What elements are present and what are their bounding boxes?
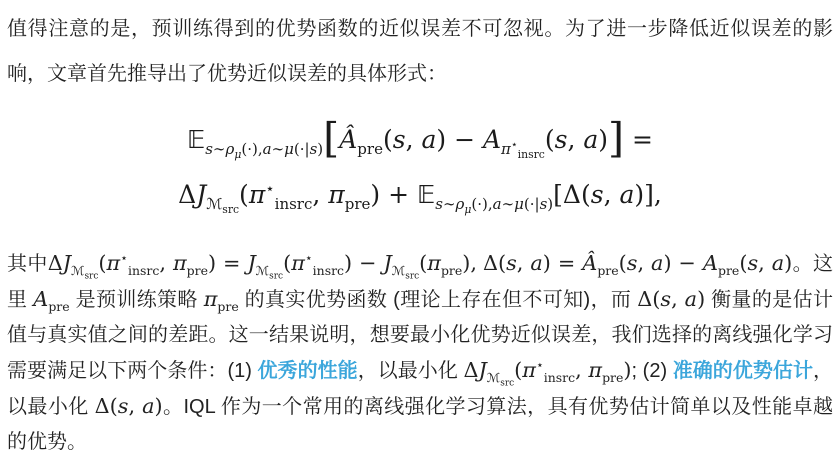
- math-token: ,: [671, 287, 685, 311]
- text-run: ; (2): [632, 360, 673, 382]
- math-token: ]: [608, 114, 624, 162]
- math-token: Â: [339, 125, 357, 154]
- math-token: ℳ: [487, 370, 500, 385]
- subscript: insrc: [313, 263, 344, 278]
- subscript: pre: [602, 370, 623, 385]
- math-token: s: [118, 394, 129, 418]
- math-token: ⋆: [305, 250, 313, 265]
- text-run: 是预训练策略: [70, 289, 204, 311]
- math-token: ) −: [663, 251, 703, 275]
- text-run: 值得注意的是，预训练得到的优势函数的近似误差不可忽视。为了进一步降低近似误差的影…: [7, 18, 833, 85]
- supscript: ⋆: [120, 250, 128, 265]
- math-token: s: [435, 195, 443, 213]
- math-token: insrc: [275, 195, 313, 213]
- math-token: J: [384, 251, 392, 275]
- subscript: pre: [345, 195, 371, 213]
- math-token: src: [269, 272, 283, 282]
- math-token: ,: [128, 394, 142, 418]
- subscript: s∼ρμ(·),a∼μ(·|s): [205, 140, 323, 158]
- subscript: π⋆insrc: [501, 140, 545, 158]
- math-token: A: [483, 125, 501, 154]
- math-token: ): [155, 394, 163, 418]
- subscript: ℳsrc: [392, 263, 419, 278]
- math-token: s: [555, 125, 568, 154]
- subscript: src: [222, 203, 239, 216]
- math-token: Δ(: [637, 287, 660, 311]
- math-token: π: [522, 358, 536, 382]
- math-token: ∼: [502, 195, 515, 213]
- supscript: ⋆: [536, 357, 544, 372]
- subscript: pre: [718, 263, 739, 278]
- supscript: ⋆: [305, 250, 313, 265]
- math-token: ,: [406, 125, 422, 154]
- math-token: Â: [582, 251, 597, 275]
- math-token: (: [239, 180, 249, 209]
- math-token: insrc: [128, 263, 159, 278]
- inline-math: Δ(s, a): [95, 394, 163, 418]
- math-token: π: [173, 251, 187, 275]
- math-token: a: [493, 195, 502, 213]
- equation-line-2: ΔJℳsrc(π⋆insrc, πpre) + 𝔼s∼ρμ(·),a∼μ(·|s…: [7, 167, 833, 222]
- math-token: insrc: [544, 370, 575, 385]
- math-token: ) −: [344, 251, 384, 275]
- math-token: src: [222, 203, 239, 216]
- text-run: 的真实优势函数 (理论上存在但不可知)，而: [239, 289, 638, 311]
- subscript: src: [84, 272, 98, 282]
- inline-math: Apre: [33, 287, 69, 311]
- math-token: (: [383, 125, 393, 154]
- math-token: J: [63, 251, 71, 275]
- math-token: [Δ(: [553, 180, 591, 209]
- math-token: A: [703, 251, 718, 275]
- subscript: pre: [441, 263, 462, 278]
- math-token: (·|: [294, 140, 310, 158]
- intro-paragraph: 值得注意的是，预训练得到的优势函数的近似误差不可忽视。为了进一步降低近似误差的影…: [7, 7, 833, 97]
- math-token: ): [623, 358, 631, 382]
- subscript: ℳsrc: [256, 263, 283, 278]
- math-token: π: [501, 140, 511, 158]
- math-token: (: [98, 251, 106, 275]
- math-token: J: [479, 358, 487, 382]
- math-token: π: [427, 251, 441, 275]
- math-token: src: [84, 272, 98, 282]
- math-token: (: [545, 125, 555, 154]
- math-token: A: [33, 287, 48, 311]
- subscript: insrc: [518, 148, 545, 161]
- math-token: π: [588, 358, 602, 382]
- math-token: Δ(: [95, 394, 118, 418]
- math-token: =: [624, 125, 653, 154]
- math-token: s: [747, 251, 758, 275]
- math-token: ⋆: [511, 138, 518, 151]
- math-token: )],: [634, 180, 661, 209]
- math-token: ) =: [543, 251, 583, 275]
- math-token: ⋆: [536, 357, 544, 372]
- math-token: π: [107, 251, 121, 275]
- subscript: insrc: [128, 263, 159, 278]
- math-token: ),: [462, 251, 477, 275]
- math-token: insrc: [518, 148, 545, 161]
- math-token: pre: [357, 140, 383, 158]
- subscript: pre: [597, 263, 618, 278]
- math-token: Δ: [464, 358, 479, 382]
- inline-math: Δ(s, a) = Âpre(s, a) − Apre(s, a): [483, 251, 792, 275]
- highlight-text: 优秀的性能: [257, 360, 357, 382]
- math-token: Δ: [178, 180, 196, 209]
- math-token: [: [323, 114, 339, 162]
- math-token: π: [291, 251, 305, 275]
- subscript: insrc: [275, 195, 313, 213]
- math-token: ∼: [272, 140, 285, 158]
- text-run: ，以最小化: [358, 360, 464, 382]
- subscript: src: [269, 272, 283, 282]
- math-token: ℳ: [392, 263, 405, 278]
- math-token: ,: [575, 358, 588, 382]
- math-token: ,: [637, 251, 651, 275]
- math-token: ,: [159, 251, 173, 275]
- math-token: Δ: [48, 251, 63, 275]
- math-token: ⋆: [265, 180, 274, 198]
- math-token: ,: [517, 251, 531, 275]
- explanation-paragraph: 其中ΔJℳsrc(π⋆insrc, πpre) = Jℳsrc(π⋆insrc)…: [7, 246, 833, 459]
- math-token: −: [446, 125, 483, 154]
- subscript: s∼ρμ(·),a∼μ(·|s): [435, 195, 553, 213]
- subscript: ℳsrc: [71, 263, 98, 278]
- subscript: ℳsrc: [487, 370, 514, 385]
- math-token: s: [591, 180, 604, 209]
- math-token: (: [619, 251, 627, 275]
- math-token: src: [405, 272, 419, 282]
- math-token: s: [660, 287, 671, 311]
- math-token: (: [283, 251, 291, 275]
- subscript: insrc: [544, 370, 575, 385]
- math-token: pre: [718, 263, 739, 278]
- math-token: ,: [567, 125, 583, 154]
- subscript: pre: [187, 263, 208, 278]
- math-token: ⋆: [120, 250, 128, 265]
- math-token: pre: [345, 195, 371, 213]
- math-token: 𝔼: [187, 125, 205, 154]
- math-token: π: [204, 287, 218, 311]
- math-token: ): [436, 125, 446, 154]
- math-token: π: [328, 180, 344, 209]
- inline-math: ΔJℳsrc(π⋆insrc, πpre) = Jℳsrc(π⋆insrc) −…: [48, 251, 477, 275]
- math-token: a: [651, 251, 663, 275]
- math-token: s: [393, 125, 406, 154]
- equation-line-1: 𝔼s∼ρμ(·),a∼μ(·|s)[Âpre(s, a) − Aπ⋆insrc(…: [7, 111, 833, 167]
- math-token: pre: [441, 263, 462, 278]
- subscript: src: [405, 272, 419, 282]
- math-token: a: [772, 251, 784, 275]
- math-token: ,: [758, 251, 772, 275]
- math-token: a: [263, 140, 272, 158]
- math-token: pre: [217, 299, 238, 314]
- math-token: pre: [602, 370, 623, 385]
- inline-math: ΔJℳsrc(π⋆insrc, πpre): [464, 358, 632, 382]
- math-token: ∼: [443, 195, 456, 213]
- math-token: a: [619, 180, 634, 209]
- subscript: pre: [48, 299, 69, 314]
- math-token: pre: [187, 263, 208, 278]
- subscript: ℳsrc: [206, 195, 239, 213]
- math-token: ℳ: [206, 195, 222, 213]
- math-token: J: [247, 251, 255, 275]
- math-token: ) +: [370, 180, 417, 209]
- math-token: a: [421, 125, 436, 154]
- subscript: src: [500, 379, 514, 389]
- math-token: 𝔼: [417, 180, 435, 209]
- math-token: π: [249, 180, 265, 209]
- display-equation: 𝔼s∼ρμ(·),a∼μ(·|s)[Âpre(s, a) − Aπ⋆insrc(…: [7, 111, 833, 222]
- math-token: μ: [284, 140, 294, 158]
- math-token: μ: [514, 195, 524, 213]
- math-token: Δ(: [483, 251, 506, 275]
- math-token: s: [205, 140, 213, 158]
- math-token: J: [196, 180, 206, 209]
- math-token: s: [506, 251, 517, 275]
- math-token: s: [627, 251, 638, 275]
- math-token: a: [530, 251, 542, 275]
- supscript: ⋆: [511, 138, 518, 151]
- math-token: pre: [48, 299, 69, 314]
- subscript: pre: [217, 299, 238, 314]
- subscript: pre: [357, 140, 383, 158]
- text-run: 其中: [7, 253, 48, 275]
- math-token: a: [142, 394, 154, 418]
- article-content: 值得注意的是，预训练得到的优势函数的近似误差不可忽视。为了进一步降低近似误差的影…: [0, 0, 840, 459]
- math-token: ): [697, 287, 705, 311]
- supscript: ⋆: [265, 180, 274, 198]
- math-token: ∼: [213, 140, 226, 158]
- math-token: ,: [312, 180, 328, 209]
- inline-math: πpre: [204, 287, 239, 311]
- math-token: ) =: [208, 251, 248, 275]
- math-token: ℳ: [256, 263, 269, 278]
- math-token: (·|: [524, 195, 540, 213]
- math-token: pre: [597, 263, 618, 278]
- math-token: insrc: [313, 263, 344, 278]
- math-token: a: [583, 125, 598, 154]
- inline-math: Δ(s, a): [637, 287, 705, 311]
- math-token: ,: [604, 180, 620, 209]
- math-token: src: [500, 379, 514, 389]
- math-token: ρ: [226, 140, 235, 158]
- highlight-text: 准确的优势估计: [673, 360, 813, 382]
- math-token: a: [685, 287, 697, 311]
- math-token: ): [598, 125, 608, 154]
- math-token: ℳ: [71, 263, 84, 278]
- math-token: (·),: [241, 140, 262, 158]
- math-token: (·),: [471, 195, 492, 213]
